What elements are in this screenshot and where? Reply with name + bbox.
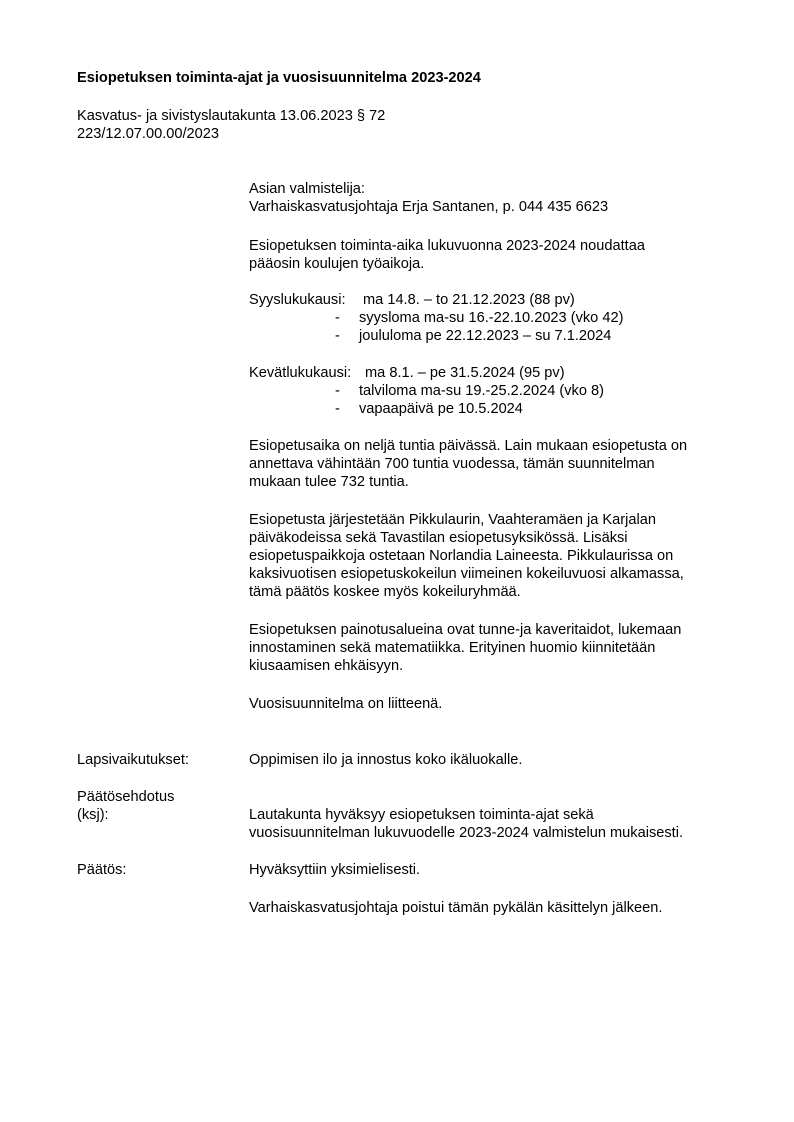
bullet-dash: - (335, 309, 340, 327)
autumn-term: Syyslukukausi: ma 14.8. – to 21.12.2023 … (249, 291, 729, 309)
bullet-dash: - (335, 382, 340, 400)
bullet-dash: - (335, 400, 340, 418)
board-meeting-line: Kasvatus- ja sivistyslautakunta 13.06.20… (77, 107, 385, 125)
hours-line-1: Esiopetusaika on neljä tuntia päivässä. … (249, 437, 687, 455)
proposal-value-line-2: vuosisuunnitelman lukuvuodelle 2023-2024… (249, 824, 683, 842)
autumn-break-text: syysloma ma-su 16.-22.10.2023 (vko 42) (359, 309, 623, 327)
spring-term: Kevätlukukausi: ma 8.1. – pe 31.5.2024 (… (249, 364, 729, 382)
spring-term-value: ma 8.1. – pe 31.5.2024 (95 pv) (365, 364, 565, 382)
decision-note: Varhaiskasvatusjohtaja poistui tämän pyk… (249, 899, 662, 917)
record-number: 223/12.07.00.00/2023 (77, 125, 219, 143)
focus-line-2: innostaminen sekä matematiikka. Erityine… (249, 639, 655, 657)
autumn-term-label: Syyslukukausi: (249, 291, 346, 309)
intro-line-2: pääosin koulujen työaikoja. (249, 255, 424, 273)
intro-line-1: Esiopetuksen toiminta-aika lukuvuonna 20… (249, 237, 645, 255)
focus-line-3: kiusaamisen ehkäisyyn. (249, 657, 403, 675)
spring-term-label: Kevätlukukausi: (249, 364, 351, 382)
child-impacts-value: Oppimisen ilo ja innostus koko ikäluokal… (249, 751, 522, 769)
proposal-value-line-1: Lautakunta hyväksyy esiopetuksen toimint… (249, 806, 594, 824)
document-title: Esiopetuksen toiminta-ajat ja vuosisuunn… (77, 69, 481, 87)
decision-value: Hyväksyttiin yksimielisesti. (249, 861, 420, 879)
locations-line-4: kaksivuotisen esiopetuskokeilun viimeine… (249, 565, 684, 583)
winter-break-text: talviloma ma-su 19.-25.2.2024 (vko 8) (359, 382, 604, 400)
proposal-label-line-1: Päätösehdotus (77, 788, 174, 806)
attachment-note: Vuosisuunnitelma on liitteenä. (249, 695, 442, 713)
autumn-term-value: ma 14.8. – to 21.12.2023 (88 pv) (363, 291, 575, 309)
locations-line-1: Esiopetusta järjestetään Pikkulaurin, Va… (249, 511, 656, 529)
preparer-value: Varhaiskasvatusjohtaja Erja Santanen, p.… (249, 198, 608, 216)
locations-line-3: esiopetuspaikkoja ostetaan Norlandia Lai… (249, 547, 673, 565)
focus-line-1: Esiopetuksen painotusalueina ovat tunne-… (249, 621, 681, 639)
locations-line-2: päiväkodeissa sekä Tavastilan esiopetusy… (249, 529, 628, 547)
bullet-dash: - (335, 327, 340, 345)
day-off-text: vapaapäivä pe 10.5.2024 (359, 400, 523, 418)
proposal-label-line-2: (ksj): (77, 806, 109, 824)
christmas-break-text: joululoma pe 22.12.2023 – su 7.1.2024 (359, 327, 611, 345)
hours-line-2: annettava vähintään 700 tuntia vuodessa,… (249, 455, 655, 473)
decision-label: Päätös: (77, 861, 127, 879)
hours-line-3: mukaan tulee 732 tuntia. (249, 473, 409, 491)
child-impacts-label: Lapsivaikutukset: (77, 751, 189, 769)
preparer-label: Asian valmistelija: (249, 180, 365, 198)
locations-line-5: tämä päätös koskee myös kokeiluryhmää. (249, 583, 521, 601)
